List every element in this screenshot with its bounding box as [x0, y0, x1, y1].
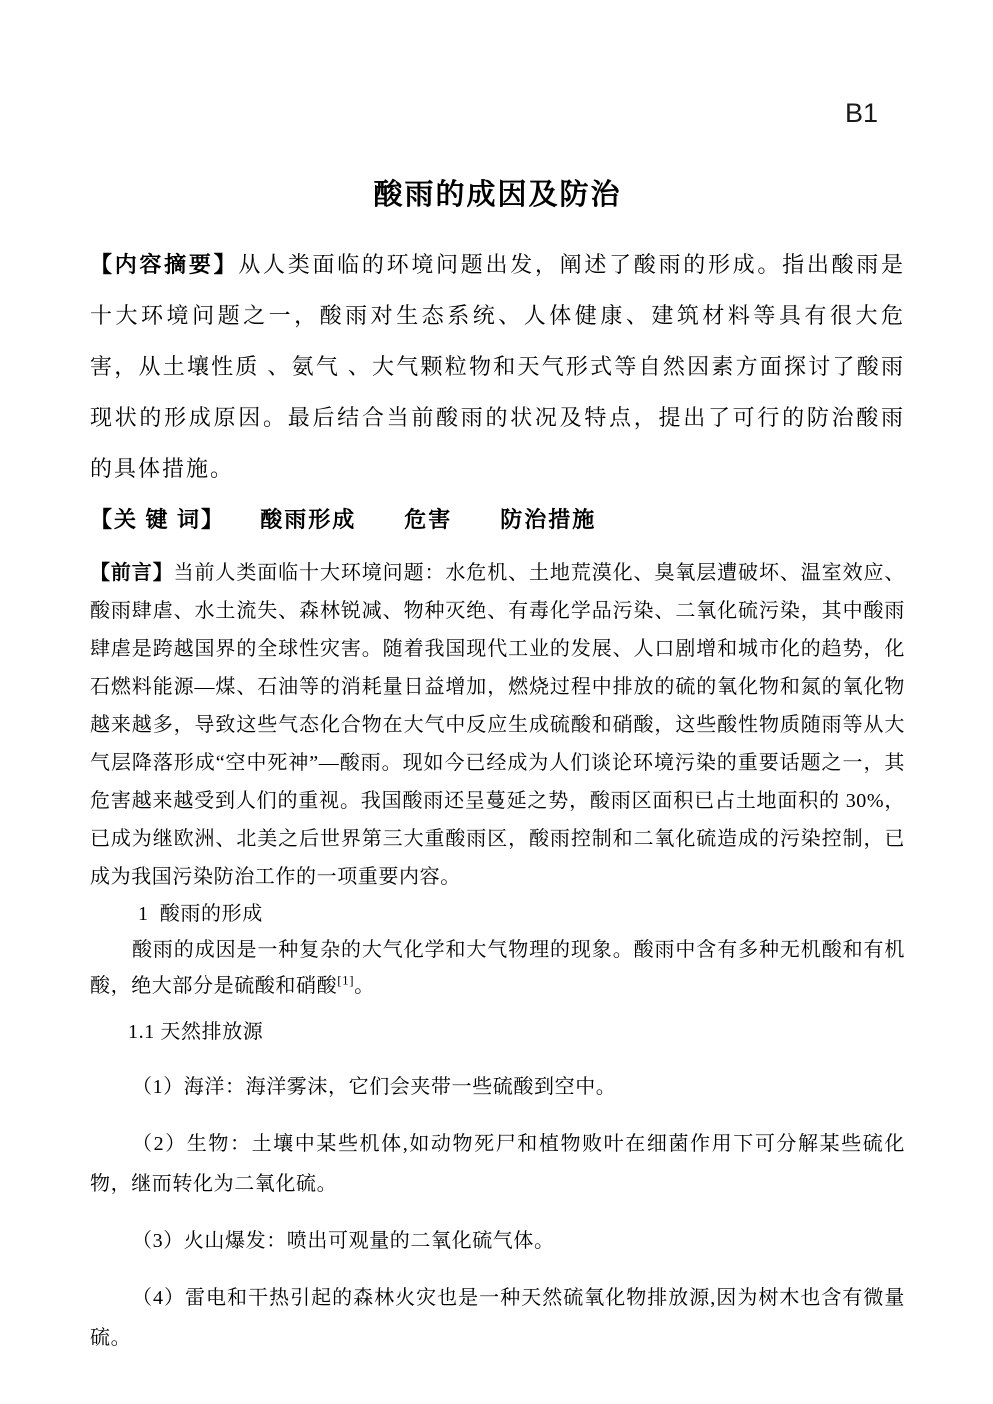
section-1-heading: 1 酸雨的形成: [90, 896, 905, 932]
keywords-line: 【关 键 词】酸雨形成 危害 防治措施: [90, 500, 905, 540]
list-item-biology: （2）生物：土壤中某些机体,如动物死尸和植物败叶在细菌作用下可分解某些硫化物，继…: [90, 1124, 905, 1204]
keywords-terms: 酸雨形成 危害 防治措施: [260, 507, 596, 532]
list-item-forest-fire: （4）雷电和干热引起的森林火灾也是一种天然硫氧化物排放源,因为树木也含有微量硫。: [90, 1278, 905, 1358]
abstract-label: 【内容摘要】: [90, 252, 238, 277]
section-1-paragraph-text: 酸雨的成因是一种复杂的大气化学和大气物理的现象。酸雨中含有多种无机酸和有机酸，绝…: [90, 939, 905, 997]
document-title: 酸雨的成因及防治: [90, 172, 905, 213]
subsection-1-1-heading: 1.1 天然排放源: [90, 1014, 905, 1050]
section-1-paragraph: 酸雨的成因是一种复杂的大气化学和大气物理的现象。酸雨中含有多种无机酸和有机酸，绝…: [90, 932, 905, 1004]
page-corner-label: B1: [845, 98, 878, 129]
list-item-volcano: （3）火山爆发：喷出可观量的二氧化硫气体。: [90, 1221, 905, 1261]
abstract-text: 从人类面临的环境问题出发，阐述了酸雨的形成。指出酸雨是十大环境问题之一，酸雨对生…: [90, 252, 905, 481]
keywords-label: 【关 键 词】: [90, 507, 225, 532]
reference-marker: [1]: [337, 972, 354, 987]
section-1-paragraph-end: 。: [354, 975, 375, 997]
preface-label: 【前言】: [90, 562, 174, 584]
document-content: 酸雨的成因及防治 【内容摘要】从人类面临的环境问题出发，阐述了酸雨的形成。指出酸…: [90, 172, 905, 1358]
preface-paragraph: 【前言】当前人类面临十大环境问题：水危机、土地荒漠化、臭氧层遭破坏、温室效应、酸…: [90, 554, 905, 896]
preface-text: 当前人类面临十大环境问题：水危机、土地荒漠化、臭氧层遭破坏、温室效应、酸雨肆虐、…: [90, 562, 905, 888]
document-page: B1 酸雨的成因及防治 【内容摘要】从人类面临的环境问题出发，阐述了酸雨的形成。…: [0, 0, 993, 1404]
list-item-ocean: （1）海洋：海洋雾沫，它们会夹带一些硫酸到空中。: [90, 1067, 905, 1107]
abstract-paragraph: 【内容摘要】从人类面临的环境问题出发，阐述了酸雨的形成。指出酸雨是十大环境问题之…: [90, 239, 905, 494]
